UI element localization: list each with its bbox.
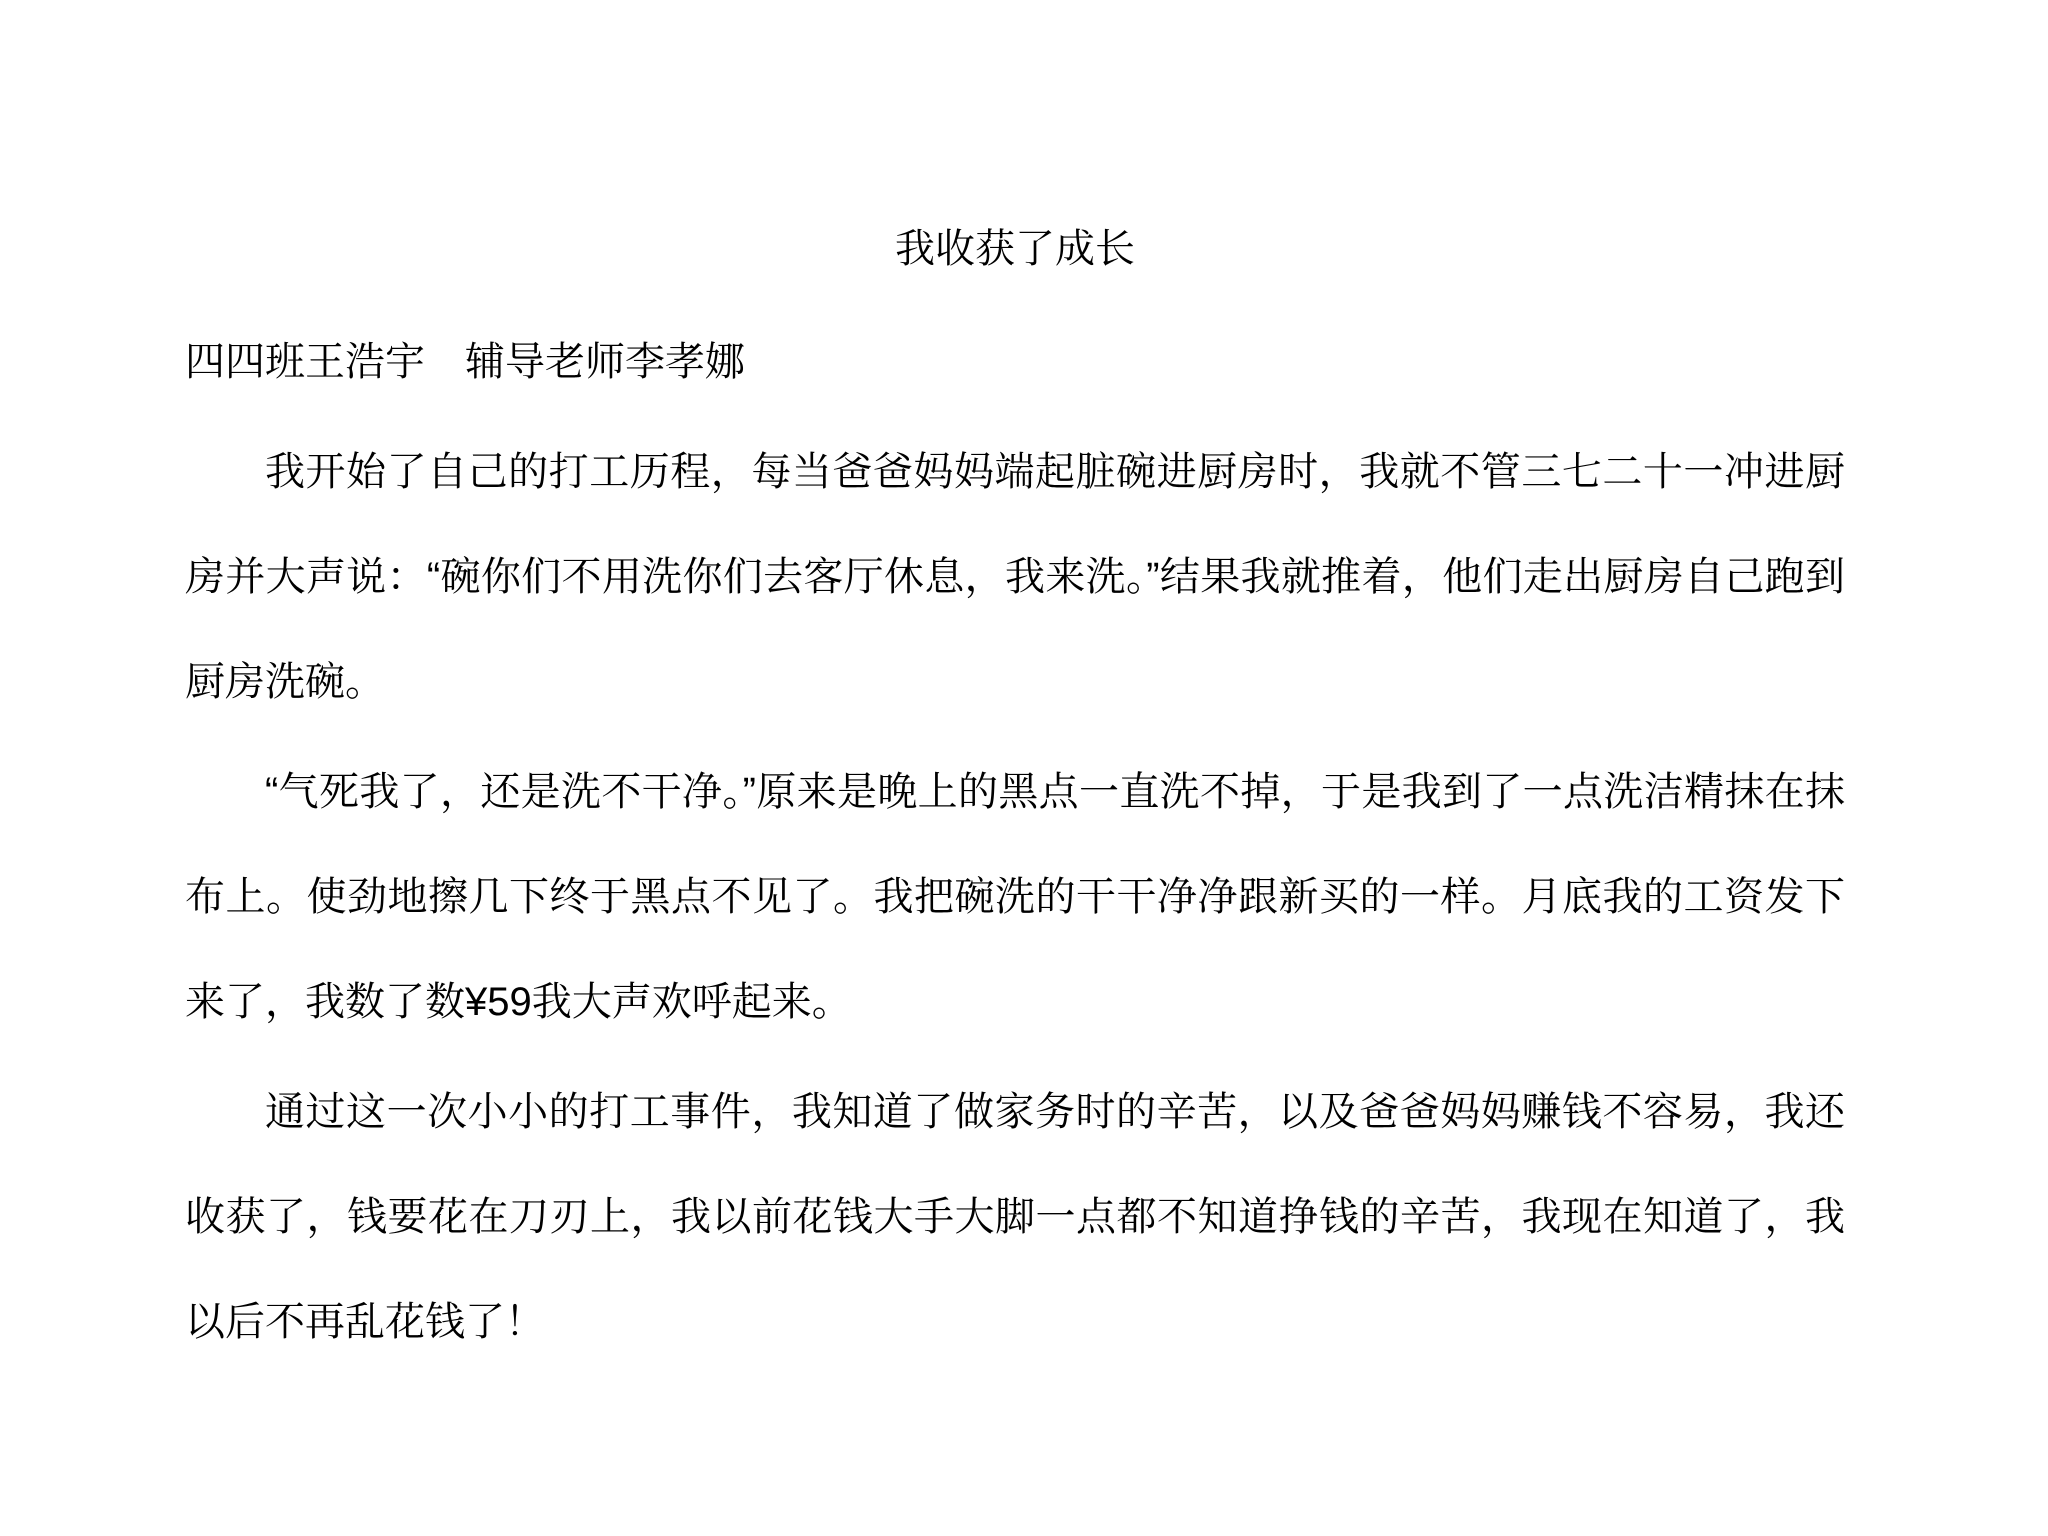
document-page: 我收获了成长 四四班王浩宇 辅导老师李孝娜 我开始了自己的打工历程，每当爸爸妈妈… bbox=[0, 0, 2048, 1536]
paragraph: 通过这一次小小的打工事件，我知道了做家务时的辛苦，以及爸爸妈妈赚钱不容易，我还收… bbox=[185, 1060, 1845, 1375]
paragraph: 我开始了自己的打工历程，每当爸爸妈妈端起脏碗进厨房时，我就不管三七二十一冲进厨房… bbox=[185, 420, 1845, 735]
paragraph: “气死我了，还是洗不干净。”原来是晚上的黑点一直洗不掉，于是我到了一点洗洁精抹在… bbox=[185, 740, 1845, 1055]
essay-title: 我收获了成长 bbox=[185, 197, 1845, 302]
byline: 四四班王浩宇 辅导老师李孝娜 bbox=[185, 310, 1845, 415]
